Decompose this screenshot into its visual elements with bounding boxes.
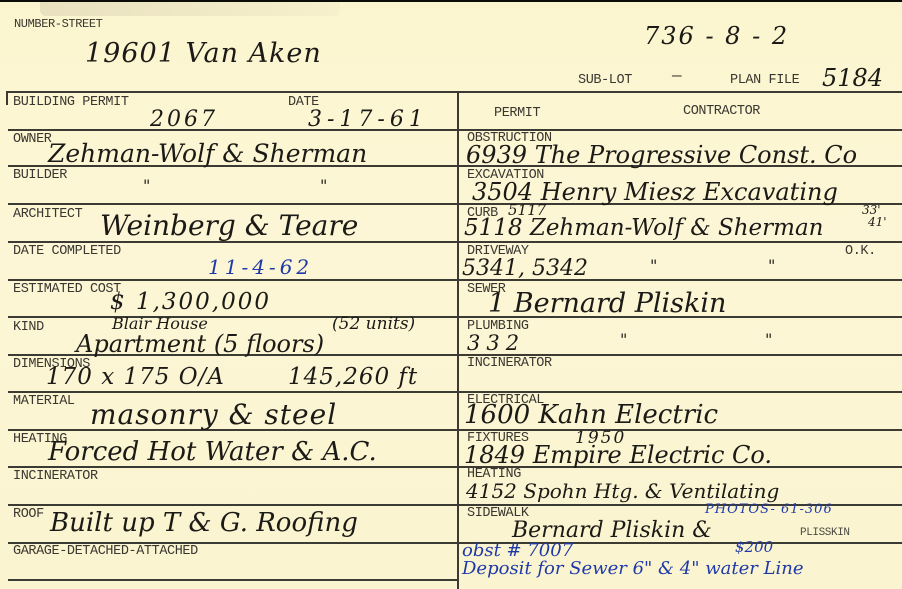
date-completed-label: DATE COMPLETED xyxy=(13,245,121,259)
address-value: 19601 Van Aken xyxy=(85,40,322,67)
building-permit-label: BUILDING PERMIT xyxy=(13,96,129,110)
permit-card: NUMBER-STREET 19601 Van Aken 736 - 8 - 2… xyxy=(0,2,902,589)
date-value: 3-17-61 xyxy=(308,109,428,131)
row-line xyxy=(8,203,458,205)
material-value: masonry & steel xyxy=(90,401,337,429)
row-line xyxy=(458,241,902,243)
fixtures-value: 1849 Empire Electric Co. xyxy=(464,443,772,467)
contractor-column-header: CONTRACTOR xyxy=(683,105,760,119)
curb-note-2: 41' xyxy=(868,216,887,228)
sub-lot-value: — xyxy=(672,68,681,84)
right-heating-value: 4152 Spohn Htg. & Ventilating xyxy=(466,481,779,501)
plumbing-ditto-1: " xyxy=(620,332,627,348)
garage-label: GARAGE-DETACHED-ATTACHED xyxy=(13,545,198,559)
kind-label: KIND xyxy=(13,321,44,335)
number-street-label: NUMBER-STREET xyxy=(14,18,102,30)
parcel-number: 736 - 8 - 2 xyxy=(644,24,789,48)
card-wear-mark xyxy=(40,2,340,16)
kind-units: (52 units) xyxy=(332,316,415,333)
roof-label: ROOF xyxy=(13,508,44,522)
estimated-cost-value: $ 1,300,000 xyxy=(110,291,271,314)
roof-value: Built up T & G. Roofing xyxy=(50,510,358,536)
plan-file-value: 5184 xyxy=(822,66,883,90)
row-line xyxy=(8,504,458,506)
plumbing-ditto-2: " xyxy=(765,332,772,348)
driveway-ok: O.K. xyxy=(845,245,876,259)
incinerator-label: INCINERATOR xyxy=(13,470,98,484)
electrical-value: 1600 Kahn Electric xyxy=(464,402,718,428)
dimensions-value: 170 x 175 O/A xyxy=(46,366,225,389)
left-edge-tick xyxy=(6,91,8,105)
header-divider xyxy=(8,91,902,93)
permit-column-header: PERMIT xyxy=(494,107,540,121)
driveway-ditto-2: " xyxy=(768,258,775,274)
row-line xyxy=(8,391,458,393)
driveway-value: 5341, 5342 xyxy=(462,258,588,280)
architect-value: Weinberg & Teare xyxy=(100,212,358,240)
date-completed-value: 11-4-62 xyxy=(208,257,313,277)
plan-file-label: PLAN FILE xyxy=(730,74,799,88)
kind-value: Apartment (5 floors) xyxy=(76,332,324,356)
estimated-cost-label: ESTIMATED COST xyxy=(13,283,121,297)
right-incinerator-label: INCINERATOR xyxy=(467,357,552,371)
builder-ditto-2: " xyxy=(320,178,327,194)
sidewalk-value: Bernard Pliskin & xyxy=(512,520,712,542)
plumbing-value: 332 xyxy=(467,333,525,354)
builder-label: BUILDER xyxy=(13,169,67,183)
sewer-value: 1 Bernard Pliskin xyxy=(488,290,726,317)
obstruction-value: 6939 The Progressive Const. Co xyxy=(466,143,857,167)
driveway-ditto-1: " xyxy=(650,258,657,274)
sidewalk-print-name: PLISSKIN xyxy=(800,528,850,539)
heating-value: Forced Hot Water & A.C. xyxy=(48,439,377,465)
deposit-amount: $200 xyxy=(735,540,773,555)
row-line xyxy=(8,579,458,581)
curb-value: 5118 Zehman-Wolf & Sherman xyxy=(464,217,824,240)
architect-label: ARCHITECT xyxy=(13,208,82,222)
row-line xyxy=(8,279,458,281)
owner-value: Zehman-Wolf & Sherman xyxy=(48,141,367,166)
deposit-note: Deposit for Sewer 6" & 4" water Line xyxy=(462,560,804,578)
owner-label: OWNER xyxy=(13,133,52,147)
sub-lot-label: SUB-LOT xyxy=(578,74,632,88)
photos-note: PHOTOS- 61-306 xyxy=(705,503,833,516)
building-permit-value: 2067 xyxy=(150,109,218,131)
builder-ditto-1: " xyxy=(143,178,150,194)
dimensions-area: 145,260 ft xyxy=(288,366,418,389)
material-label: MATERIAL xyxy=(13,395,75,409)
